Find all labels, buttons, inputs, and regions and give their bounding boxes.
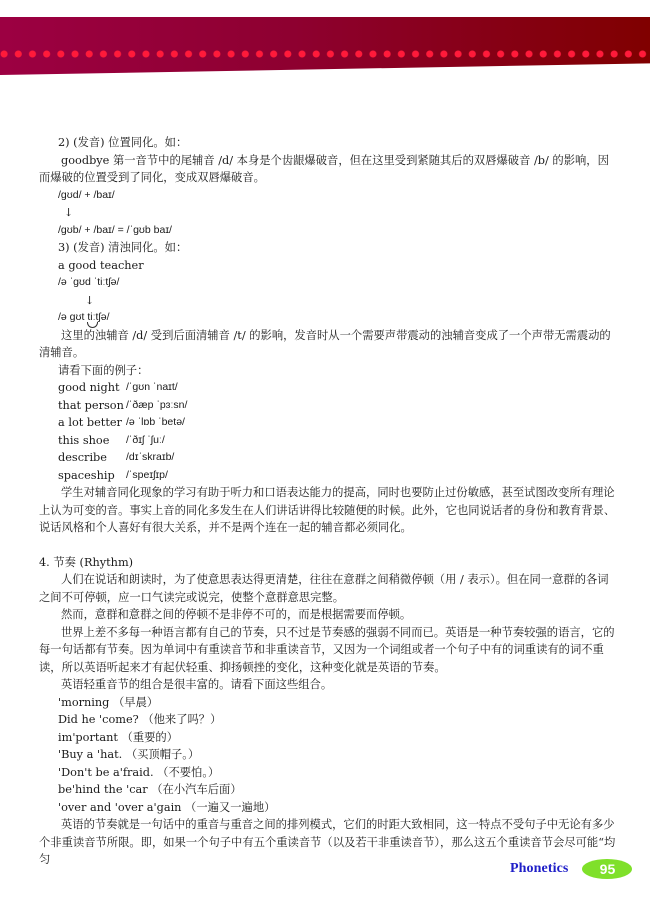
examples-intro: 请看下面的例子： xyxy=(39,362,619,380)
list-item: describe /dɪˈskraɪb/ xyxy=(39,449,619,467)
rhythm-para-3: 世界上差不多每一种语言都有自己的节奏，只不过是节奏感的强弱不同而已。英语是一种节… xyxy=(39,624,619,677)
example-word: this shoe xyxy=(58,432,126,450)
list-item: good night /ˈgʊn ˈnaɪt/ xyxy=(39,379,619,397)
voice-assimilation-heading: 3) (发音) 清浊同化。如： xyxy=(39,239,619,257)
assimilation-summary: 学生对辅音同化现象的学习有助于听力和口语表达能力的提高，同时也要防止过份敏感，甚… xyxy=(39,484,619,537)
down-arrow-icon: ↓ xyxy=(39,292,619,310)
list-item: 'Don't be a'fraid. （不要怕。） xyxy=(39,764,619,782)
example-word: good night xyxy=(58,379,126,397)
voice-ipa-1: /ə ˈgʊd ˈtiːtʃə/ xyxy=(39,274,619,292)
list-item: im'portant （重要的） xyxy=(39,729,619,747)
example-word: describe xyxy=(58,449,126,467)
list-item: 'over and 'over a'gain （一遍又一遍地） xyxy=(39,799,619,817)
header-band xyxy=(0,17,650,75)
list-item: Did he 'come? （他来了吗？） xyxy=(39,711,619,729)
example-word: spaceship xyxy=(58,467,126,485)
voice-assimilation-desc: 这里的浊辅音 /d/ 受到后面清辅音 /t/ 的影响，发音时从一个需要声带震动的… xyxy=(39,327,619,362)
list-item: this shoe /ˈðɪʃ ˈʃuː/ xyxy=(39,432,619,450)
chapter-title: Phonetics xyxy=(510,861,568,877)
example-ipa: /dɪˈskraɪb/ xyxy=(126,449,174,467)
voice-phrase: a good teacher xyxy=(39,257,619,275)
example-ipa: /ˈspeɪʃɪp/ xyxy=(126,467,168,485)
example-word: a lot better xyxy=(58,414,126,432)
list-item: 'Buy a 'hat. （买顶帽子。） xyxy=(39,746,619,764)
page-number-badge: 95 xyxy=(582,859,632,879)
example-ipa: /ˈðæp ˈpɜːsn/ xyxy=(126,397,187,415)
rhythm-heading: 4. 节奏 (Rhythm) xyxy=(39,554,619,572)
examples-list: good night /ˈgʊn ˈnaɪt/ that person /ˈðæ… xyxy=(39,379,619,484)
example-ipa: /ə ˈlɒb ˈbetə/ xyxy=(126,414,185,432)
ipa-example-2: /gʊb/ + /baɪ/ = /ˈgʊb baɪ/ xyxy=(39,222,619,240)
example-word: that person xyxy=(58,397,126,415)
place-assimilation-desc: goodbye 第一音节中的尾辅音 /d/ 本身是个齿龈爆破音，但在这里受到紧随… xyxy=(39,152,619,187)
list-item: spaceship /ˈspeɪʃɪp/ xyxy=(39,467,619,485)
example-ipa: /ˈgʊn ˈnaɪt/ xyxy=(126,379,178,397)
example-ipa: /ˈðɪʃ ˈʃuː/ xyxy=(126,432,165,450)
page-footer: Phonetics 95 xyxy=(510,859,632,879)
rhythm-para-4: 英语轻重音节的组合是很丰富的。请看下面这些组合。 xyxy=(39,676,619,694)
spacer xyxy=(39,537,619,554)
place-assimilation-heading: 2) (发音) 位置同化。如： xyxy=(39,134,619,152)
down-arrow-icon: ↓ xyxy=(39,204,619,222)
ipa-example-1: /gʊd/ + /baɪ/ xyxy=(39,187,619,205)
list-item: be'hind the 'car （在小汽车后面） xyxy=(39,781,619,799)
list-item: that person /ˈðæp ˈpɜːsn/ xyxy=(39,397,619,415)
page-content: 2) (发音) 位置同化。如： goodbye 第一音节中的尾辅音 /d/ 本身… xyxy=(39,134,619,869)
voice-ipa-2: /ə gʊt tiːtʃə/ xyxy=(58,309,110,327)
rhythm-para-2: 然而，意群和意群之间的停顿不是非停不可的，而是根据需要而停顿。 xyxy=(39,606,619,624)
dotted-decoration xyxy=(0,50,650,58)
list-item: a lot better /ə ˈlɒb ˈbetə/ xyxy=(39,414,619,432)
stress-combos-list: 'morning （早晨） Did he 'come? （他来了吗？） im'p… xyxy=(39,694,619,817)
rhythm-para-1: 人们在说话和朗读时，为了使意思表达得更清楚，往往在意群之间稍微停顿（用 / 表示… xyxy=(39,571,619,606)
list-item: 'morning （早晨） xyxy=(39,694,619,712)
